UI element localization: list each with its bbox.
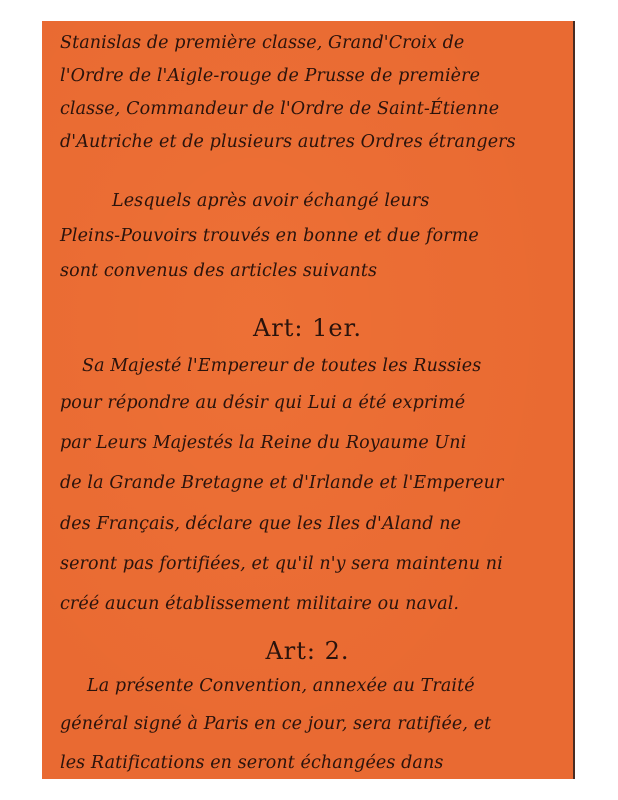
text-line: l'Ordre de l'Aigle-rouge de Prusse de pr… [60,66,480,86]
text-line: les Ratifications en seront échangées da… [60,753,443,773]
text-line: La présente Convention, annexée au Trait… [87,676,475,696]
text-line: Lesquels après avoir échangé leurs [112,191,429,211]
text-line: seront pas fortifiées, et qu'il n'y sera… [60,554,503,574]
text-line: classe, Commandeur de l'Ordre de Saint-É… [60,99,499,119]
text-line: pour répondre au désir qui Lui a été exp… [60,393,465,413]
text-line: créé aucun établissement militaire ou na… [60,594,459,614]
text-line: Sa Majesté l'Empereur de toutes les Russ… [82,356,481,376]
article-2-heading: Art: 2. [42,637,573,665]
text-line: général signé à Paris en ce jour, sera r… [60,714,491,734]
text-line: sont convenus des articles suivants [60,261,377,281]
article-1-heading: Art: 1er. [42,314,573,342]
manuscript-page: Stanislas de première classe, Grand'Croi… [42,21,575,779]
text-line: d'Autriche et de plusieurs autres Ordres… [60,132,516,152]
text-line: de la Grande Bretagne et d'Irlande et l'… [60,473,503,493]
text-line: Stanislas de première classe, Grand'Croi… [60,33,464,53]
text-line: par Leurs Majestés la Reine du Royaume U… [60,433,466,453]
text-line: des Français, déclare que les Iles d'Ala… [60,514,461,534]
text-line: Pleins-Pouvoirs trouvés en bonne et due … [60,226,479,246]
